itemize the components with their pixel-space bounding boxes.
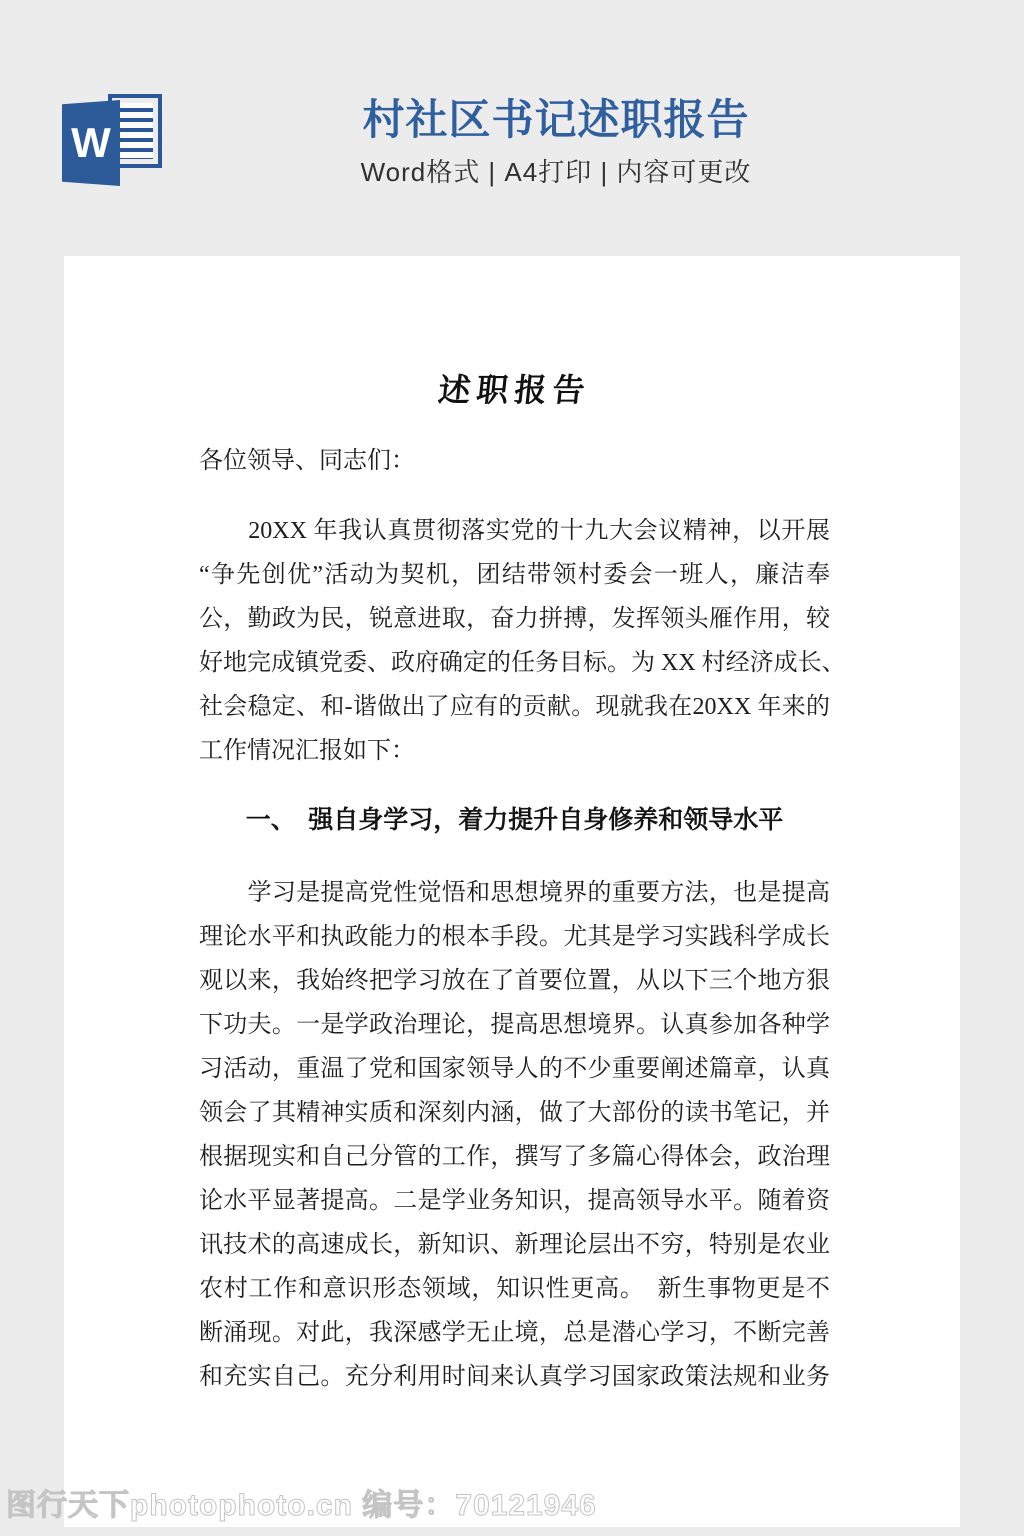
site-watermark: 图行天下photophoto.cn 编号：70121946: [6, 1486, 597, 1526]
text-line: 领会了其精神实质和深刻内涵，做了大部份的读书笔记，并: [199, 1091, 830, 1135]
text-line: 观以来，我始终把学习放在了首要位置，从以下三个地方狠: [199, 959, 830, 1003]
text-line: 好地完成镇党委、政府确定的任务目标。为 XX 村经济成长、: [199, 641, 830, 685]
document-section-heading-1: 一、 强自身学习，着力提升自身修养和领导水平: [199, 799, 830, 843]
text-line: 农村工作和意识形态领域，知识性更高。 新生事物更是不: [199, 1267, 830, 1311]
text-line: 理论水平和执政能力的根本手段。尤其是学习实践科学成长: [199, 915, 830, 959]
text-line: 社会稳定、和-谐做出了应有的贡献。现就我在20XX 年来的: [199, 685, 830, 729]
document-salutation: 各位领导、同志们：: [199, 439, 830, 483]
header-text-block: 村社区书记述职报告 Word格式 | A4打印 | 内容可更改: [0, 94, 1024, 188]
text-line: 和充实自己。充分利用时间来认真学习国家政策法规和业务: [199, 1355, 830, 1399]
text-line: “争先创优”活动为契机，团结带领村委会一班人，廉洁奉: [199, 553, 830, 597]
text-line: 工作情况汇报如下：: [199, 729, 830, 773]
text-line: 断涌现。对此，我深感学无止境，总是潜心学习，不断完善: [199, 1311, 830, 1355]
template-preview-canvas: W 村社区书记述职报告 Word格式 | A4打印 | 内容可更改 述职报告 各…: [0, 0, 1024, 1536]
text-line: 论水平显著提高。二是学业务知识，提高领导水平。随着资: [199, 1179, 830, 1223]
text-line: 公，勤政为民，锐意进取，奋力拼搏，发挥领头雁作用，较: [199, 597, 830, 641]
text-line: 下功夫。一是学政治理论，提高思想境界。认真参加各种学: [199, 1003, 830, 1047]
template-title: 村社区书记述职报告: [88, 94, 1024, 146]
text-line: 习活动，重温了党和国家领导人的不少重要阐述篇章，认真: [199, 1047, 830, 1091]
document-paragraph-2: 学习是提高党性觉悟和思想境界的重要方法，也是提高理论水平和执政能力的根本手段。尤…: [199, 871, 830, 1399]
document-paragraph-1: 20XX 年我认真贯彻落实党的十九大会议精神，以开展“争先创优”活动为契机，团结…: [199, 509, 830, 773]
document-title: 述职报告: [196, 366, 832, 414]
text-line: 根据现实和自己分管的工作，撰写了多篇心得体会，政治理: [199, 1135, 830, 1179]
text-line: 学习是提高党性觉悟和思想境界的重要方法，也是提高: [199, 871, 830, 915]
text-line: 20XX 年我认真贯彻落实党的十九大会议精神，以开展: [199, 509, 830, 553]
document-page: 述职报告 各位领导、同志们： 20XX 年我认真贯彻落实党的十九大会议精神，以开…: [64, 256, 960, 1527]
text-line: 讯技术的高速成长，新知识、新理论层出不穷，特别是农业: [199, 1223, 830, 1267]
header: W 村社区书记述职报告 Word格式 | A4打印 | 内容可更改: [0, 0, 1024, 256]
template-subtitle: Word格式 | A4打印 | 内容可更改: [88, 156, 1024, 188]
